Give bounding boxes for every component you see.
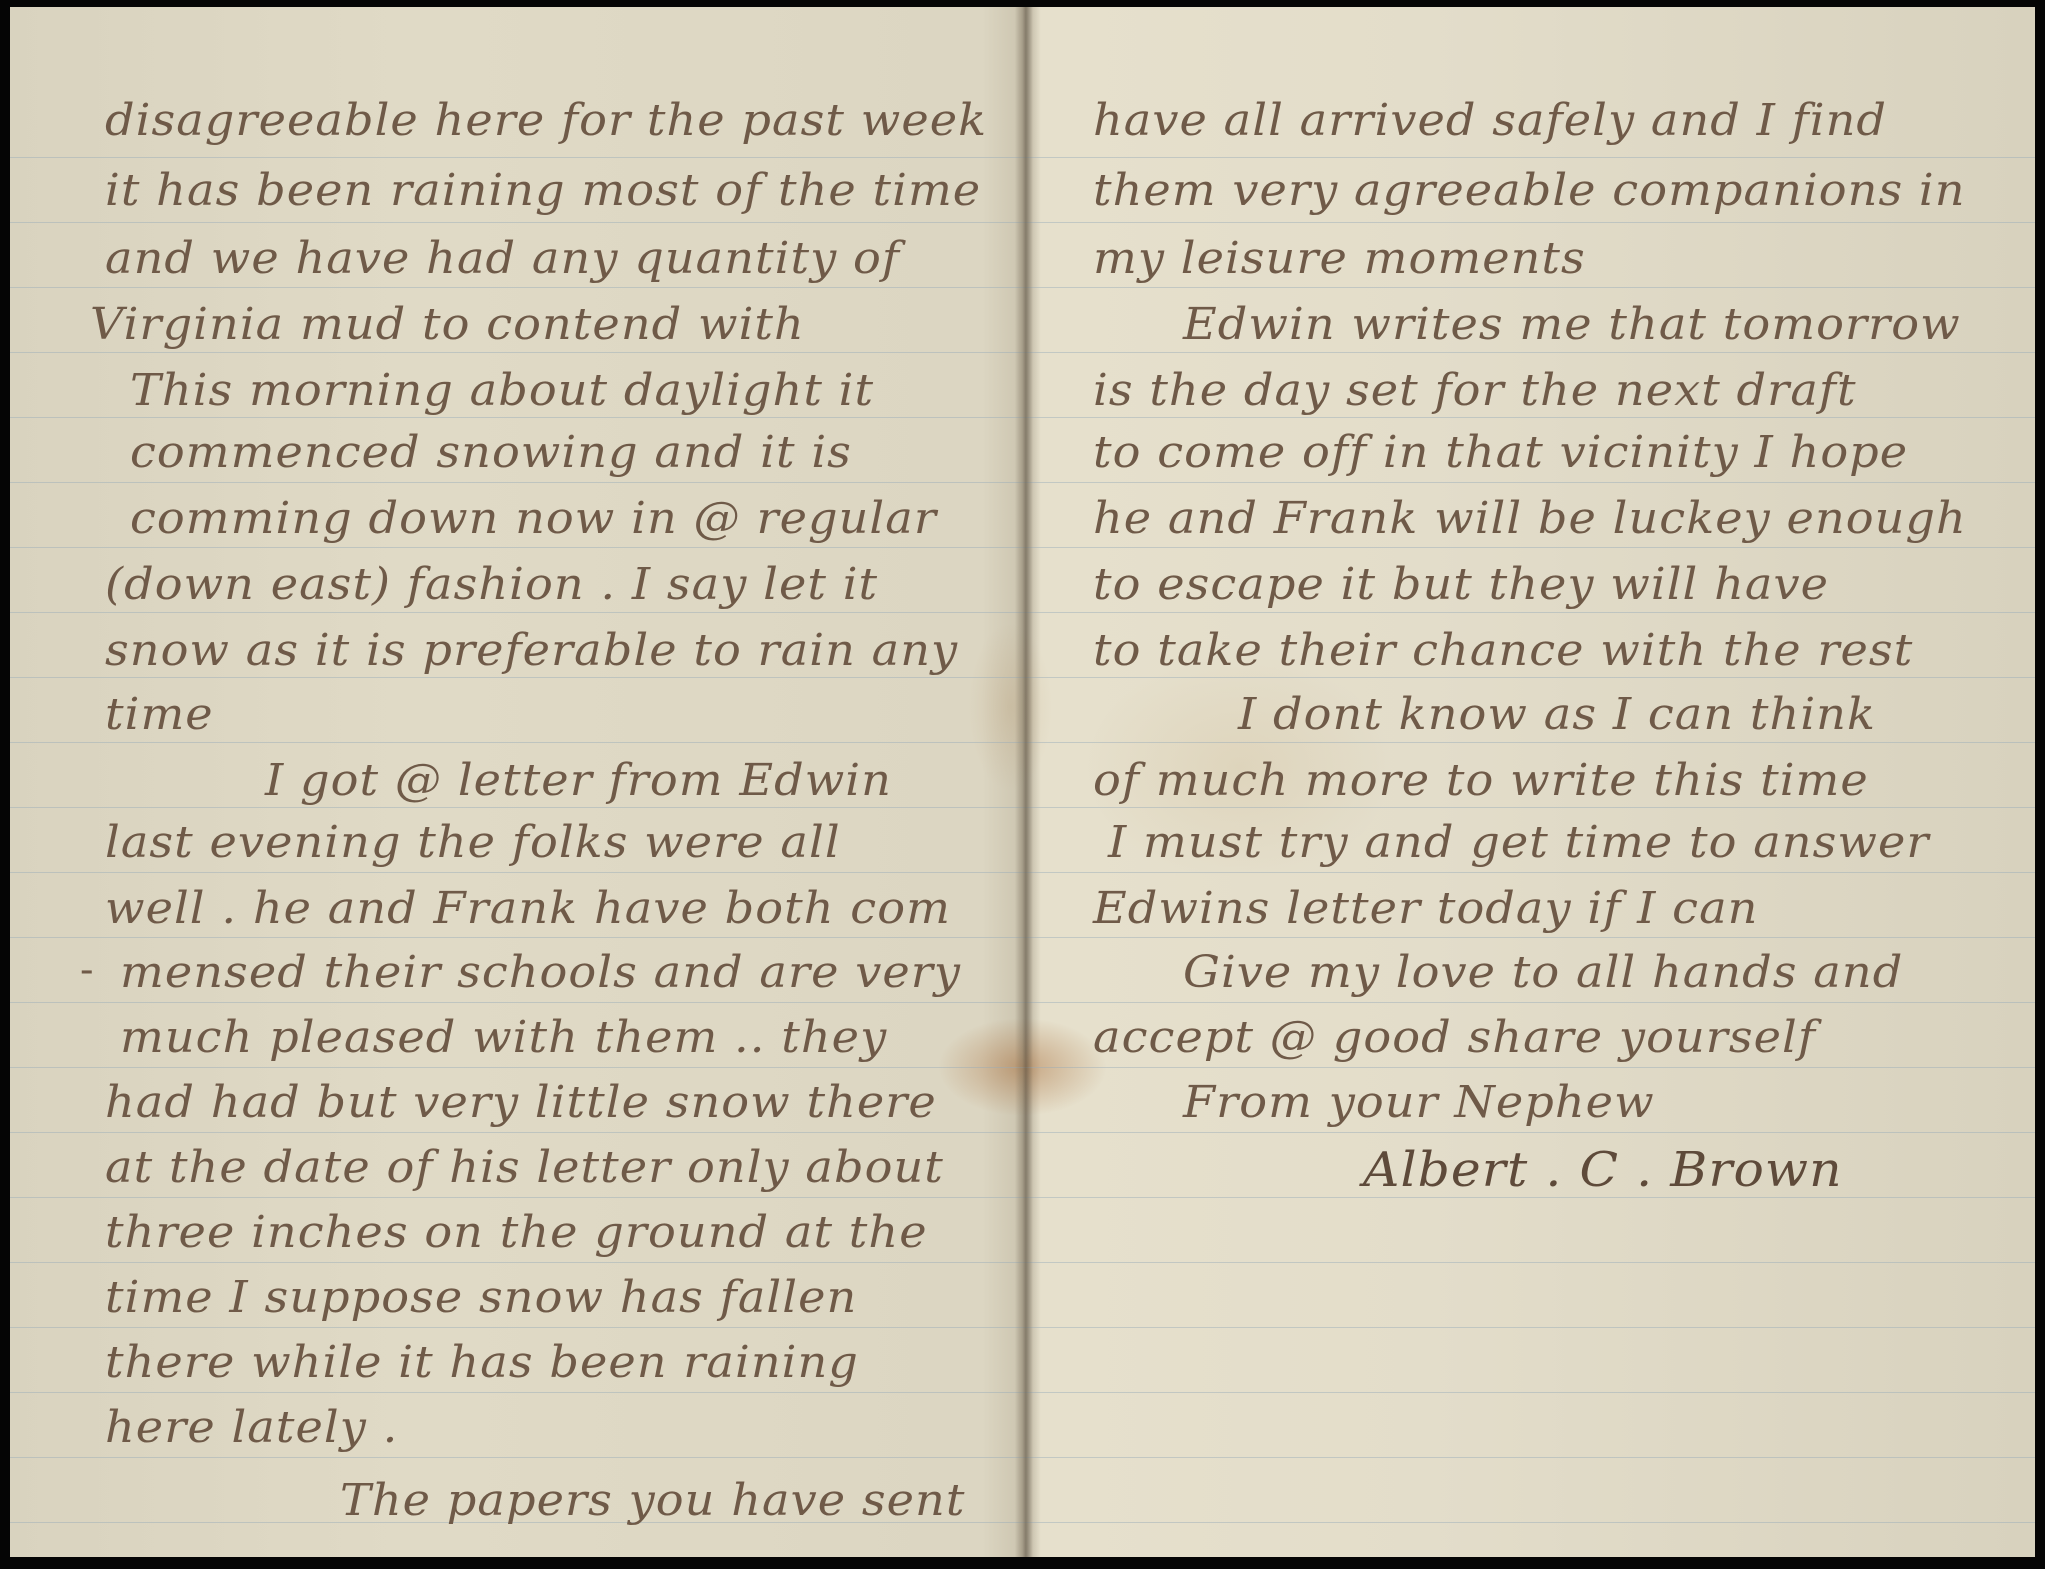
text-line: Edwin writes me that tomorrow (1183, 299, 1961, 350)
left-page: disagreeable here for the past week it h… (10, 7, 1015, 1557)
text-line: my leisure moments (1093, 233, 1586, 284)
text-line: time (105, 689, 214, 740)
text-line: I dont know as I can think (1238, 689, 1876, 740)
text-line: he and Frank will be luckey enough (1093, 493, 1967, 544)
text-line: is the day set for the next draft (1093, 365, 1857, 416)
text-line: them very agreeable companions in (1093, 165, 1966, 216)
text-line: The papers you have sent (340, 1475, 965, 1526)
text-line: time I suppose snow has fallen (105, 1272, 857, 1323)
text-line: of much more to write this time (1093, 755, 1869, 806)
center-fold (1015, 7, 1033, 1557)
text-line: to escape it but they will have (1093, 559, 1829, 610)
text-line: well . he and Frank have both com (105, 883, 951, 934)
text-line: Edwins letter today if I can (1093, 883, 1758, 934)
text-line: commenced snowing and it is (130, 427, 852, 478)
text-line: From your Nephew (1183, 1077, 1655, 1128)
text-line: accept @ good share yourself (1093, 1012, 1816, 1063)
text-line: Give my love to all hands and (1183, 947, 1903, 998)
hyphen-mark: - (80, 947, 94, 993)
text-line: to come off in that vicinity I hope (1093, 427, 1908, 478)
text-line: there while it has been raining (105, 1337, 859, 1388)
text-line: at the date of his letter only about (105, 1142, 944, 1193)
text-line: Virginia mud to contend with (90, 299, 805, 350)
signature: Albert . C . Brown (1363, 1142, 1843, 1198)
text-line: to take their chance with the rest (1093, 625, 1913, 676)
text-line: snow as it is preferable to rain any (105, 625, 958, 676)
text-line: mensed their schools and are very (120, 947, 961, 998)
text-line: I must try and get time to answer (1108, 817, 1929, 868)
text-line: have all arrived safely and I find (1093, 95, 1887, 146)
text-line: here lately . (105, 1402, 398, 1453)
text-line: it has been raining most of the time (105, 165, 981, 216)
text-line: had had but very little snow there (105, 1077, 937, 1128)
text-line: three inches on the ground at the (105, 1207, 928, 1258)
text-line: last evening the folks were all (105, 817, 841, 868)
text-line: I got @ letter from Edwin (265, 755, 892, 806)
text-line: much pleased with them .. they (120, 1012, 887, 1063)
text-line: comming down now in @ regular (130, 493, 937, 544)
right-page: have all arrived safely and I find them … (1033, 7, 2035, 1557)
text-line: This morning about daylight it (130, 365, 874, 416)
text-line: and we have had any quantity of (105, 233, 900, 284)
text-line: (down east) fashion . I say let it (105, 559, 878, 610)
text-line: disagreeable here for the past week (105, 95, 987, 146)
letter-sheet: disagreeable here for the past week it h… (10, 7, 2035, 1557)
